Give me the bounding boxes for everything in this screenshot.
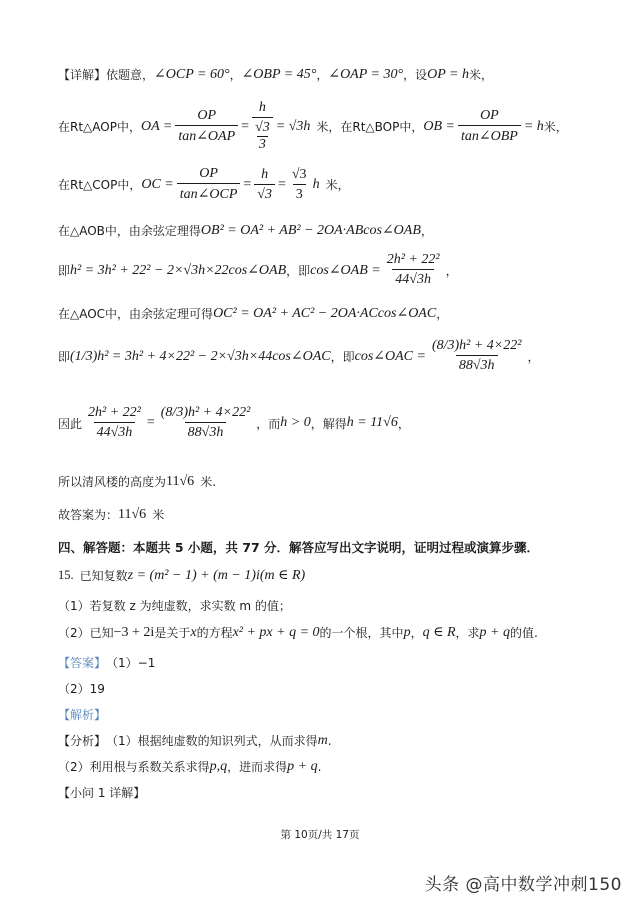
analysis-label: 【解析】 <box>58 706 106 723</box>
fraction: OP tan∠OCP <box>177 166 241 203</box>
problem-15-part1: （1）若复数 z 为纯虚数，求实数 m 的值； <box>58 597 291 614</box>
fenxi-label: 【分析】 <box>58 732 106 749</box>
detail-line-6: 在△AOC中，由余弦定理可得 OC² = OA² + AC² − 2OA·ACc… <box>58 305 448 322</box>
answer-line-2: （2）19 <box>58 680 105 697</box>
problem-15-part2: （2）已知 −3 + 2i 是关于 x 的方程 x² + px + q = 0 … <box>58 624 538 641</box>
fenxi-line-2: （2）利用根与系数关系求得 p,q ，进而求得 p + q . <box>58 758 321 775</box>
fraction: √3 3 <box>289 167 310 203</box>
fraction: OP tan∠OAP <box>175 108 238 145</box>
page-footer: 第 10页/共 17页 <box>0 827 640 842</box>
watermark: 头条 @高中数学冲刺150 <box>425 870 622 895</box>
section-heading: 四、解答题：本题共 5 小题，共 77 分．解答应写出文字说明，证明过程或演算步… <box>58 538 539 556</box>
detail-line-2: 在Rt△AOP中， OA = OP tan∠OAP = h √3 3 = √3h… <box>58 100 568 153</box>
fraction: h √3 <box>254 167 275 203</box>
sub-question-1-label: 【小问 1 详解】 <box>58 784 145 801</box>
fenxi-line-1: 【分析】 （1）根据纯虚数的知识列式，从而求得 m . <box>58 732 332 749</box>
detail-line-5: 即 h² = 3h² + 22² − 2×√3h×22cos∠OAB ，即 co… <box>58 252 458 288</box>
answer-line-1: 【答案】 （1）−1 <box>58 654 155 671</box>
fraction: (8/3)h² + 4×22² 88√3h <box>158 405 254 441</box>
detail-line-8: 因此 2h² + 22² 44√3h = (8/3)h² + 4×22² 88√… <box>58 405 410 441</box>
detail-line-7: 即 (1/3)h² = 3h² + 4×22² − 2×√3h×44cos∠OA… <box>58 338 539 374</box>
detail-label: 【详解】 <box>58 66 106 83</box>
detail-line-3: 在Rt△COP中， OC = OP tan∠OCP = h √3 = √3 3 … <box>58 166 350 203</box>
conclusion-line: 所以清风楼的高度为 11√6 米. <box>58 473 216 490</box>
problem-number: 15. <box>58 568 74 583</box>
final-answer-line: 故答案为： 11√6 米 <box>58 506 164 523</box>
fraction: OP tan∠OBP <box>458 108 521 145</box>
page-number: 第 10页/共 17页 <box>281 829 360 841</box>
fraction: 2h² + 22² 44√3h <box>85 405 144 441</box>
fraction: 2h² + 22² 44√3h <box>384 252 443 288</box>
detail-line-4: 在△AOB中，由余弦定理得 OB² = OA² + AB² − 2OA·ABco… <box>58 222 433 239</box>
answer-label: 【答案】 <box>58 654 106 671</box>
problem-15-stem: 15. 已知复数 z = (m² − 1) + (m − 1)i(m ∈ R) <box>58 567 305 584</box>
analysis-label-line: 【解析】 <box>58 706 106 723</box>
fraction: (8/3)h² + 4×22² 88√3h <box>429 338 525 374</box>
detail-line-1: 【详解】 依题意， ∠OCP = 60° ， ∠OBP = 45° ， ∠OAP… <box>58 66 493 83</box>
fraction: h √3 3 <box>252 100 273 153</box>
